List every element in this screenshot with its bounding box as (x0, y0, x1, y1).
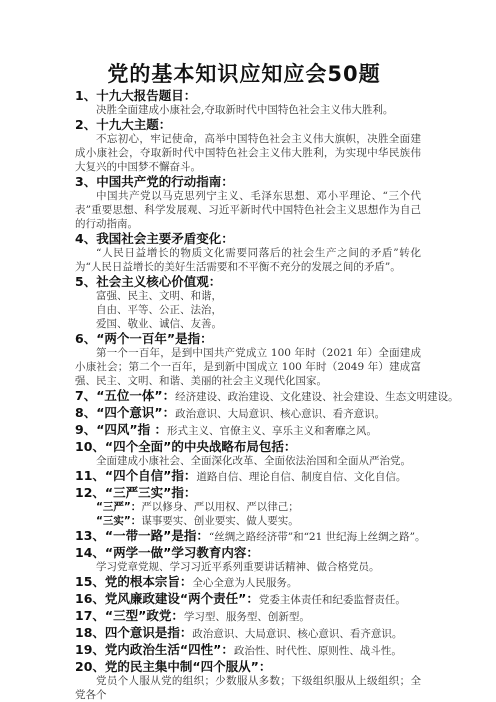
sub-item: “三严”：严以修身、严以用权、严以律己； (75, 500, 421, 514)
question-answer: 形式主义、官僚主义、享乐主义和奢靡之风。 (167, 425, 377, 437)
question-heading: 18、四个意识是指： (75, 625, 192, 640)
question-heading: 12、“三严三实”指： (75, 485, 421, 500)
question-heading: 1、十九大报告题目： (75, 88, 421, 103)
question-heading: 9、“四风”指 ： (75, 422, 167, 437)
question-answer: 决胜全面建成小康社会,夺取新时代中国特色社会主义伟大胜利。 (75, 103, 421, 117)
question-19: 19、党内政治生活“四性”：政治性、时代性、原则性、战斗性。 (75, 642, 421, 659)
question-answer: 全面建成小康社会、全面深化改革、全面依法治国和全面从严治党。 (75, 454, 421, 468)
question-16: 16、党风廉政建设“两个责任”：党委主体责任和纪委监督责任。 (75, 591, 421, 608)
question-12: 12、“三严三实”指： “三严”：严以修身、严以用权、严以律己； “三实”：谋事… (75, 485, 421, 528)
question-8: 8、“四个意识”：政治意识、大局意识、核心意识、看齐意识。 (75, 405, 421, 422)
question-heading: 5、社会主义核心价值观： (75, 274, 421, 289)
question-10: 10、“四个全面”的中央战略布局包括： 全面建成小康社会、全面深化改革、全面依法… (75, 439, 421, 468)
question-2: 2、十九大主题： 不忘初心，牢记使命，高举中国特色社会主义伟大旗帜，决胜全面建成… (75, 117, 421, 174)
question-heading: 11、“四个自信”指： (75, 468, 196, 483)
sub-label: “三实”： (96, 515, 141, 527)
question-heading: 20、党的民主集中制“四个服从”： (75, 659, 421, 674)
question-13: 13、“一带一路”是指：“丝绸之路经济带”和“21 世纪海上丝绸之路”。 (75, 528, 421, 545)
question-heading: 17、“三型”政党： (75, 608, 184, 623)
question-answer: 经济建设、政治建设、文化建设、社会建设、生态文明建设。 (175, 391, 459, 403)
answer-line: 爱国、敬业、诚信、友善。 (75, 317, 421, 331)
question-heading: 19、党内政治生活“四性”： (75, 642, 234, 657)
question-heading: 7、“五位一体”： (75, 388, 175, 403)
question-heading: 13、“一带一路”是指： (75, 528, 209, 543)
question-17: 17、“三型”政党：学习型、服务型、创新型。 (75, 608, 421, 625)
question-9: 9、“四风”指 ：形式主义、官僚主义、享乐主义和奢靡之风。 (75, 422, 421, 439)
sub-text: 严以修身、严以用权、严以律己； (141, 501, 299, 513)
question-heading: 3、中国共产党的行动指南： (75, 174, 421, 189)
sub-label: “三严”： (96, 501, 141, 513)
question-answer: 全心全意为人民服务。 (192, 577, 297, 589)
question-answer: 政治意识、大局意识、核心意识、看齐意识。 (192, 628, 402, 640)
question-14: 14、“两学一做”学习教育内容： 学习党章党规、学习习近平系列重要讲话精神、做合… (75, 545, 421, 574)
answer-line: 富强、民主、文明、和谐， (75, 289, 421, 303)
question-15: 15、党的根本宗旨：全心全意为人民服务。 (75, 574, 421, 591)
question-18: 18、四个意识是指：政治意识、大局意识、核心意识、看齐意识。 (75, 625, 421, 642)
sub-item: “三实”：谋事要实、创业要实、做人要实。 (75, 514, 421, 528)
question-answer: 道路自信、理论自信、制度自信、文化自信。 (196, 471, 406, 483)
question-3: 3、中国共产党的行动指南： 中国共产党以马克思列宁主义、毛泽东思想、邓小平理论、… (75, 174, 421, 231)
question-7: 7、“五位一体”：经济建设、政治建设、文化建设、社会建设、生态文明建设。 (75, 388, 421, 405)
document-title: 党的基本知识应知应会50题 (67, 62, 421, 86)
question-answer: 政治意识、大局意识、核心意识、看齐意识。 (175, 408, 385, 420)
question-answer: 中国共产党以马克思列宁主义、毛泽东思想、邓小平理论、“三个代表”重要思想、科学发… (75, 189, 421, 231)
question-answer: 学习党章党规、学习习近平系列重要讲话精神、做合格党员。 (75, 560, 421, 574)
question-heading: 14、“两学一做”学习教育内容： (75, 545, 421, 560)
question-answer: “人民日益增长的物质文化需要同落后的社会生产之间的矛盾”转化为“人民日益增长的美… (75, 246, 421, 274)
question-heading: 16、党风廉政建设“两个责任”： (75, 591, 259, 606)
question-4: 4、我国社会主要矛盾变化： “人民日益增长的物质文化需要同落后的社会生产之间的矛… (75, 231, 421, 274)
question-1: 1、十九大报告题目： 决胜全面建成小康社会,夺取新时代中国特色社会主义伟大胜利。 (75, 88, 421, 117)
question-heading: 4、我国社会主要矛盾变化： (75, 231, 421, 246)
question-answer: “丝绸之路经济带”和“21 世纪海上丝绸之路”。 (209, 531, 426, 543)
question-answer: 政治性、时代性、原则性、战斗性。 (234, 645, 402, 657)
question-11: 11、“四个自信”指：道路自信、理论自信、制度自信、文化自信。 (75, 468, 421, 485)
question-heading: 10、“四个全面”的中央战略布局包括： (75, 439, 421, 454)
question-6: 6、“两个一百年”是指： 第一个一百年，是到中国共产党成立 100 年时（202… (75, 331, 421, 388)
question-answer: 不忘初心，牢记使命，高举中国特色社会主义伟大旗帜，决胜全面建成小康社会，夺取新时… (75, 132, 421, 174)
question-answer: 学习型、服务型、创新型。 (184, 611, 310, 623)
question-answer: 党员个人服从党的组织；少数服从多数；下级组织服从上级组织；全党各个 (75, 674, 421, 702)
document-page: 党的基本知识应知应会50题 1、十九大报告题目： 决胜全面建成小康社会,夺取新时… (75, 62, 421, 702)
question-heading: 15、党的根本宗旨： (75, 574, 192, 589)
question-heading: 8、“四个意识”： (75, 405, 175, 420)
question-heading: 2、十九大主题： (75, 117, 421, 132)
sub-text: 谋事要实、创业要实、做人要实。 (141, 515, 299, 527)
question-answer: 党委主体责任和纪委监督责任。 (259, 594, 406, 606)
question-5: 5、社会主义核心价值观： 富强、民主、文明、和谐， 自由、平等、公正、法治， 爱… (75, 274, 421, 331)
answer-line: 自由、平等、公正、法治， (75, 303, 421, 317)
question-answer: 第一个一百年，是到中国共产党成立 100 年时（2021 年）全面建成小康社会；… (75, 346, 421, 388)
question-heading: 6、“两个一百年”是指： (75, 331, 421, 346)
question-20: 20、党的民主集中制“四个服从”： 党员个人服从党的组织；少数服从多数；下级组织… (75, 659, 421, 702)
